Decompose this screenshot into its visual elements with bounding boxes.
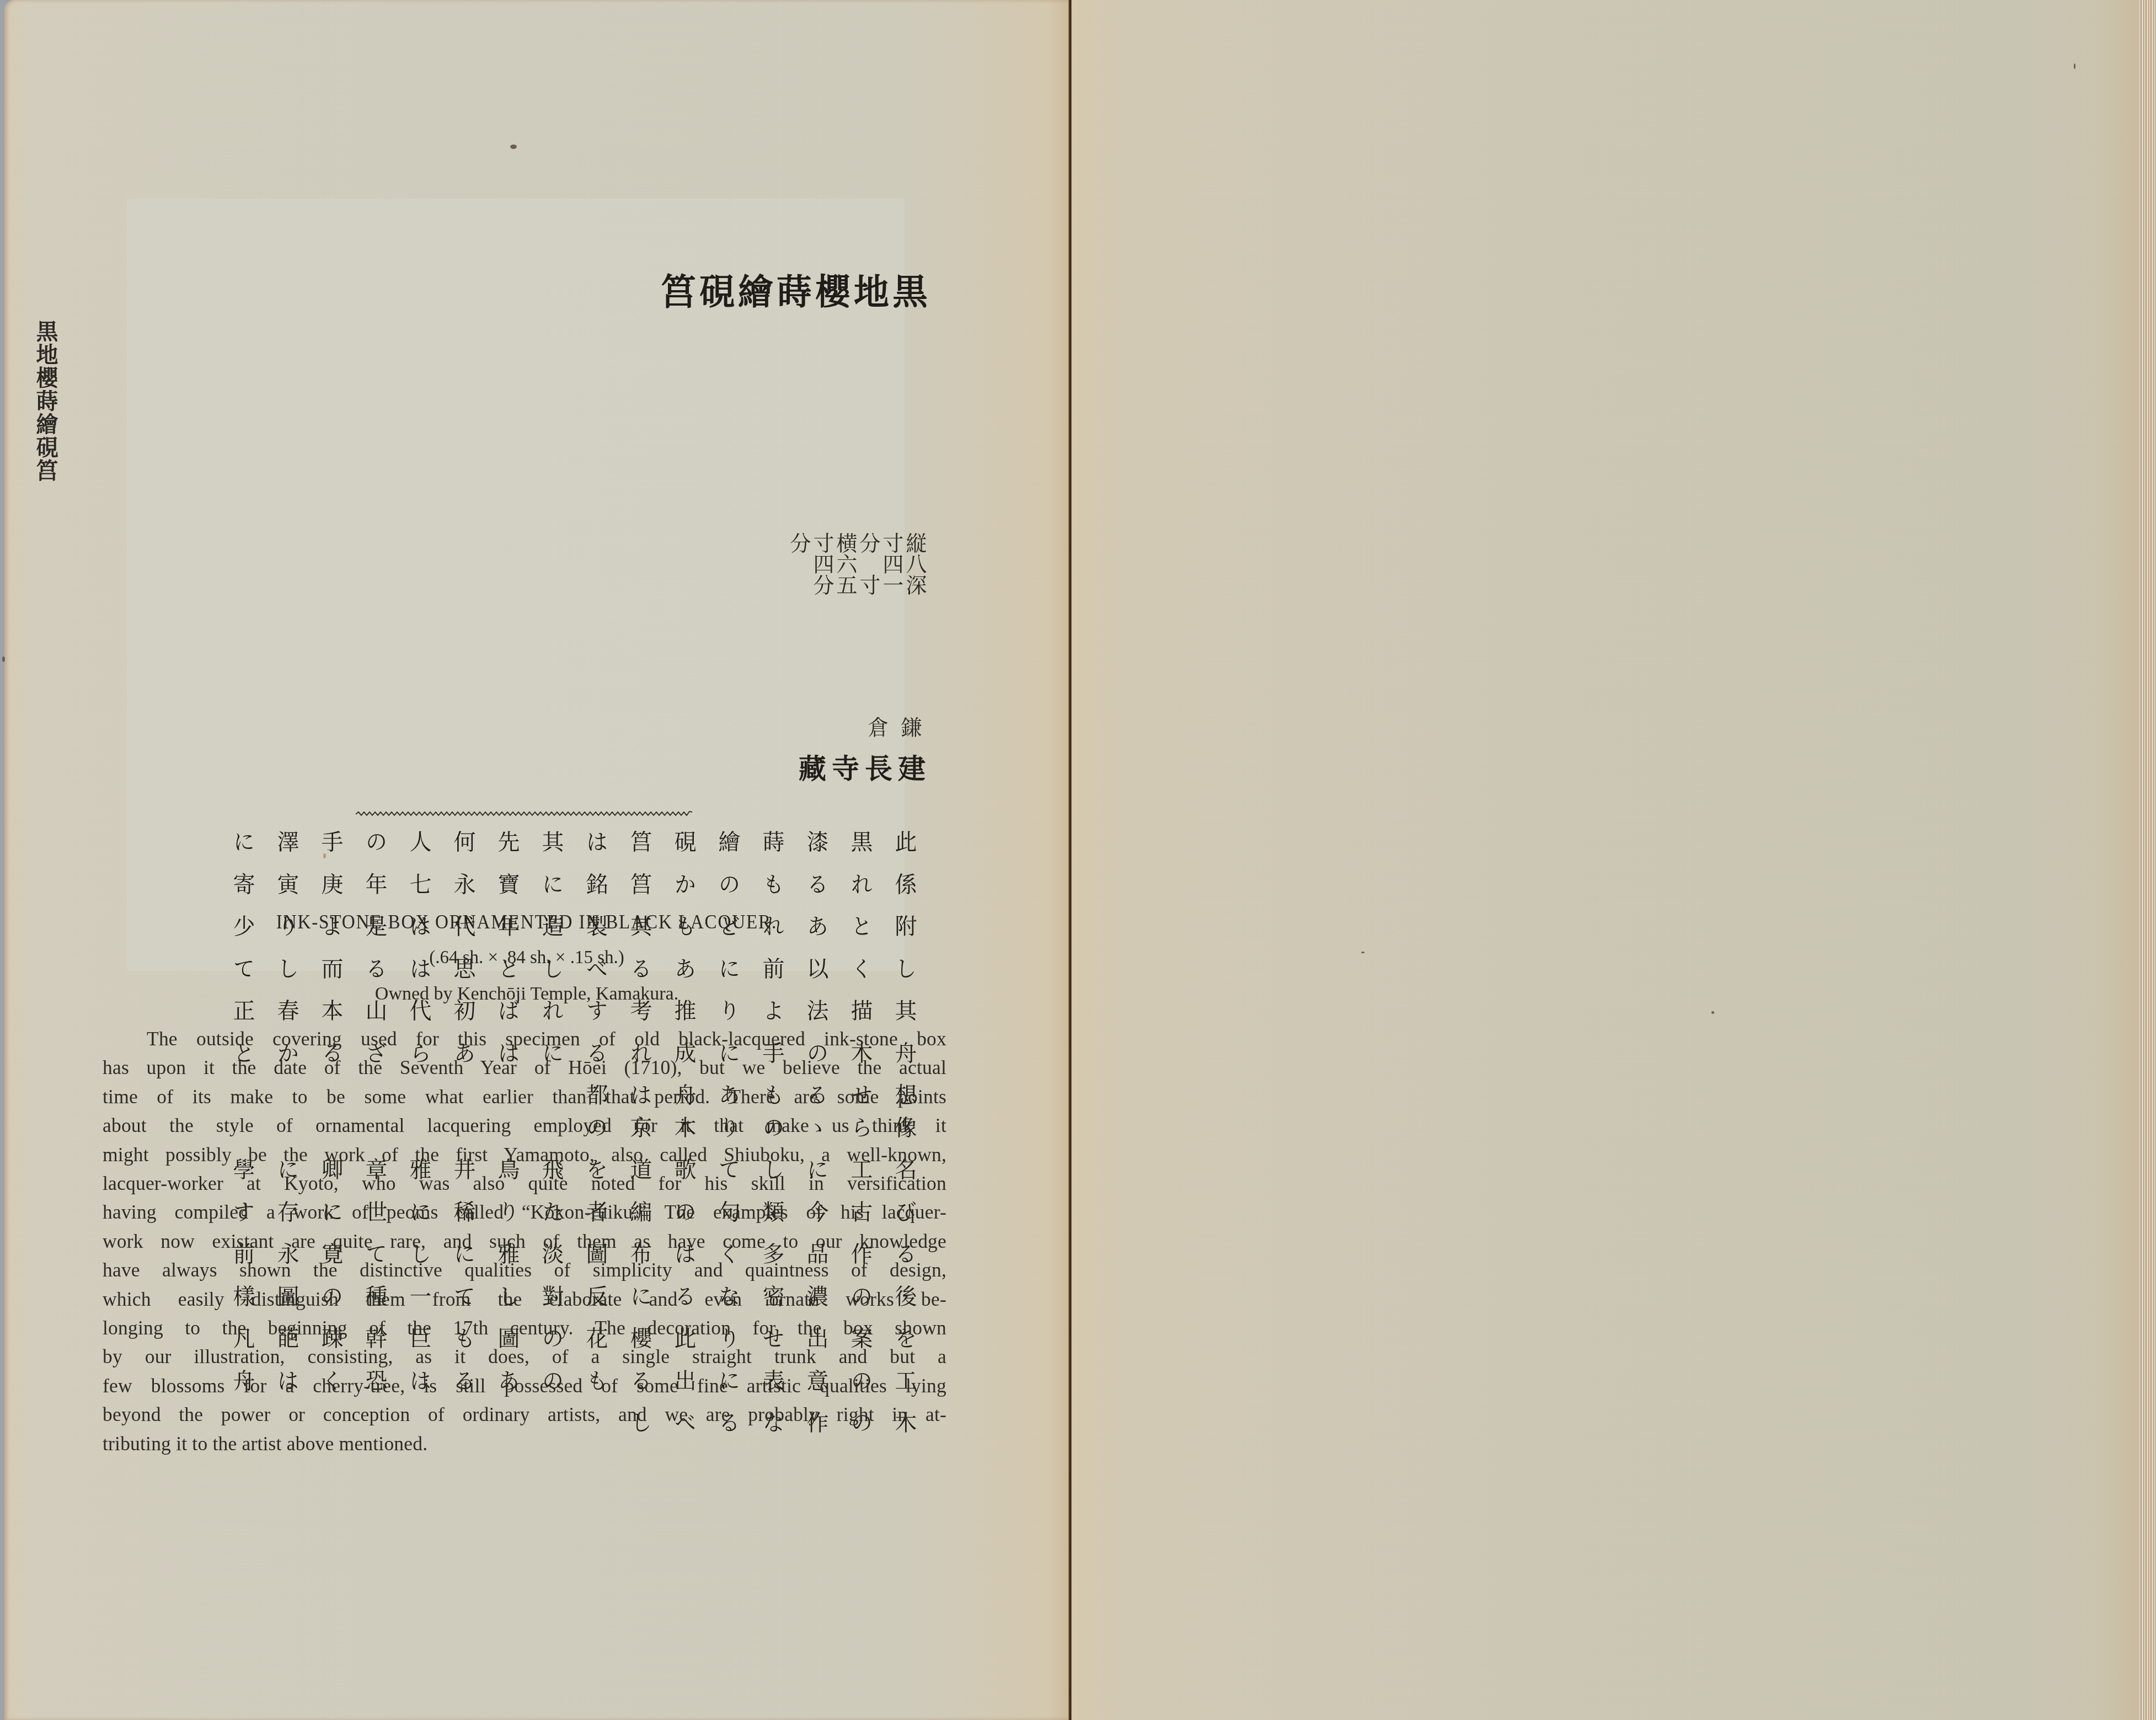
body-line: by our illustration, consisting, as it d… (103, 1342, 946, 1371)
paper-speck (1361, 952, 1365, 953)
book-gutter (1068, 0, 1072, 1720)
japanese-title: 黒地櫻蒔繪硯筥 (656, 273, 926, 312)
owner-location: 鎌倉 (672, 717, 926, 754)
running-head: 黒地櫻蒔繪硯筥 (29, 320, 62, 482)
body-line: The outside covering used for this speci… (103, 1024, 946, 1053)
dimension-width: 横六寸四分 (787, 532, 857, 574)
body-line: have always shown the distinctive qualit… (103, 1256, 946, 1284)
body-line: tributing it to the artist above mention… (103, 1429, 946, 1458)
body-line: might possibly be the work of the first … (103, 1140, 946, 1169)
english-dimensions: (.64 sh. × .84 sh. × .15 sh.) (210, 948, 844, 968)
wavy-divider-ornament (356, 809, 693, 818)
japanese-owner: 鎌倉 建長寺藏 (672, 595, 926, 820)
page-edges (2139, 0, 2156, 1720)
dimension-length-width: 縦八寸四分 横六寸四分 (655, 532, 926, 574)
paper-speck (323, 853, 326, 858)
body-line: has upon it the date of the Seventh Year… (103, 1053, 946, 1082)
body-line: longing to the beginning of the 17th cen… (103, 1313, 946, 1342)
japanese-column: 係れるものか筥銘に寶永七年庚寅寄 (882, 863, 926, 905)
body-line: which easily distinguish them from the e… (103, 1285, 946, 1313)
japanese-text-block: 黒地櫻蒔繪硯筥 縦八寸四分 横六寸四分 深一寸五分 鎌倉 建長寺藏 此黒漆蒔繪硯… (650, 273, 926, 770)
japanese-column: 此黒漆蒔繪硯筥は其先何人の手澤に (882, 820, 926, 863)
body-line: few blossoms for a cherry-tree, is still… (103, 1371, 946, 1400)
japanese-dimensions: 縦八寸四分 横六寸四分 深一寸五分 (655, 312, 926, 595)
body-line: work now existant are quite rare, and su… (103, 1227, 946, 1256)
english-owner: Owned by Kenchōji Temple, Kamakura. (210, 984, 844, 1005)
japanese-column: 附とあれども其製造年代は是より少 (882, 905, 926, 947)
body-line: lacquer-worker at Kyoto, who was also qu… (103, 1169, 946, 1198)
paper-speck (2074, 63, 2075, 69)
dimension-length: 縦八寸四分 (856, 532, 927, 574)
paper-speck (2, 656, 5, 662)
paper-speck (1711, 1011, 1714, 1014)
paper-speck (510, 145, 517, 149)
body-line: having compiled a work of peoms called “… (103, 1198, 946, 1226)
body-line: about the style of ornamental lacquering… (103, 1111, 946, 1140)
english-title: INK-STONE BOX ORNAMENTED IN BLACK LACQUE… (235, 910, 818, 933)
japanese-column: しく以前にあるべしと思はる而して (882, 947, 926, 990)
body-line: beyond the power or conception of ordina… (103, 1400, 946, 1429)
dimension-depth: 深一寸五分 (655, 574, 926, 595)
owner-temple: 建長寺藏 (672, 754, 926, 820)
english-body-paragraph: The outside covering used for this speci… (103, 1024, 946, 1458)
body-line: time of its make to be some what earlier… (103, 1082, 946, 1111)
book-spread: 黒地櫻蒔繪硯筥 黒地櫻蒔繪硯筥 縦八寸四分 横六寸四分 深一寸五分 鎌倉 建長寺… (0, 0, 2156, 1720)
right-page-blank (1072, 0, 2156, 1720)
